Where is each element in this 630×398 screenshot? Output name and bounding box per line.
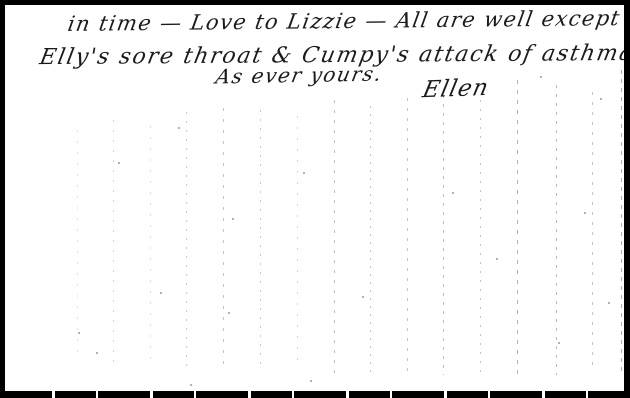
- scan-artifact-speckle: [118, 162, 120, 164]
- scan-frame-top: [0, 0, 630, 5]
- scan-artifact-vertical-line: [443, 95, 444, 375]
- scan-artifact-speckle: [600, 98, 602, 100]
- scan-artifact-vertical-line: [260, 110, 261, 370]
- scan-artifact-speckle: [608, 302, 610, 304]
- scan-artifact-vertical-line: [150, 126, 151, 368]
- scan-artifact-speckle: [96, 352, 98, 354]
- scan-artifact-vertical-line: [113, 120, 114, 368]
- scan-artifact-vertical-line: [407, 98, 408, 374]
- scan-artifact-vertical-line: [186, 112, 187, 370]
- scan-artifact-vertical-line: [556, 85, 557, 375]
- scan-artifact-speckle: [78, 332, 80, 334]
- scan-artifact-speckle: [310, 380, 312, 382]
- scan-artifact-speckle: [496, 258, 498, 260]
- handwriting-closing: As ever yours.: [214, 62, 385, 89]
- scan-artifact-vertical-line: [223, 108, 224, 372]
- scan-artifact-vertical-line: [480, 100, 481, 372]
- scanned-letter-page: in time — Love to Lizzie — All are well …: [0, 0, 630, 398]
- scan-artifact-vertical-line: [297, 116, 298, 368]
- scan-artifact-vertical-line: [77, 130, 78, 358]
- scan-artifact-vertical-line: [592, 92, 593, 372]
- scan-artifact-vertical-line: [370, 106, 371, 372]
- scan-frame-right: [624, 0, 630, 398]
- scan-frame-bottom: [0, 391, 630, 398]
- scan-artifact-speckle: [540, 76, 542, 78]
- scan-artifact-vertical-line: [334, 100, 335, 374]
- scan-artifact-speckle: [178, 127, 180, 129]
- scan-artifact-speckle: [452, 192, 454, 194]
- scan-artifact-speckle: [558, 342, 560, 344]
- scan-artifact-vertical-line: [621, 70, 622, 372]
- scan-artifact-speckle: [228, 312, 230, 314]
- scan-frame-left: [0, 0, 5, 398]
- scan-artifact-speckle: [232, 218, 234, 220]
- scan-artifact-speckle: [303, 172, 305, 174]
- scan-artifact-speckle: [160, 292, 162, 294]
- scan-artifact-speckle: [190, 384, 192, 386]
- scan-artifact-speckle: [362, 296, 364, 298]
- signature: Ellen: [420, 75, 491, 104]
- scan-artifact-vertical-line: [517, 80, 518, 374]
- scan-artifact-speckle: [584, 212, 586, 214]
